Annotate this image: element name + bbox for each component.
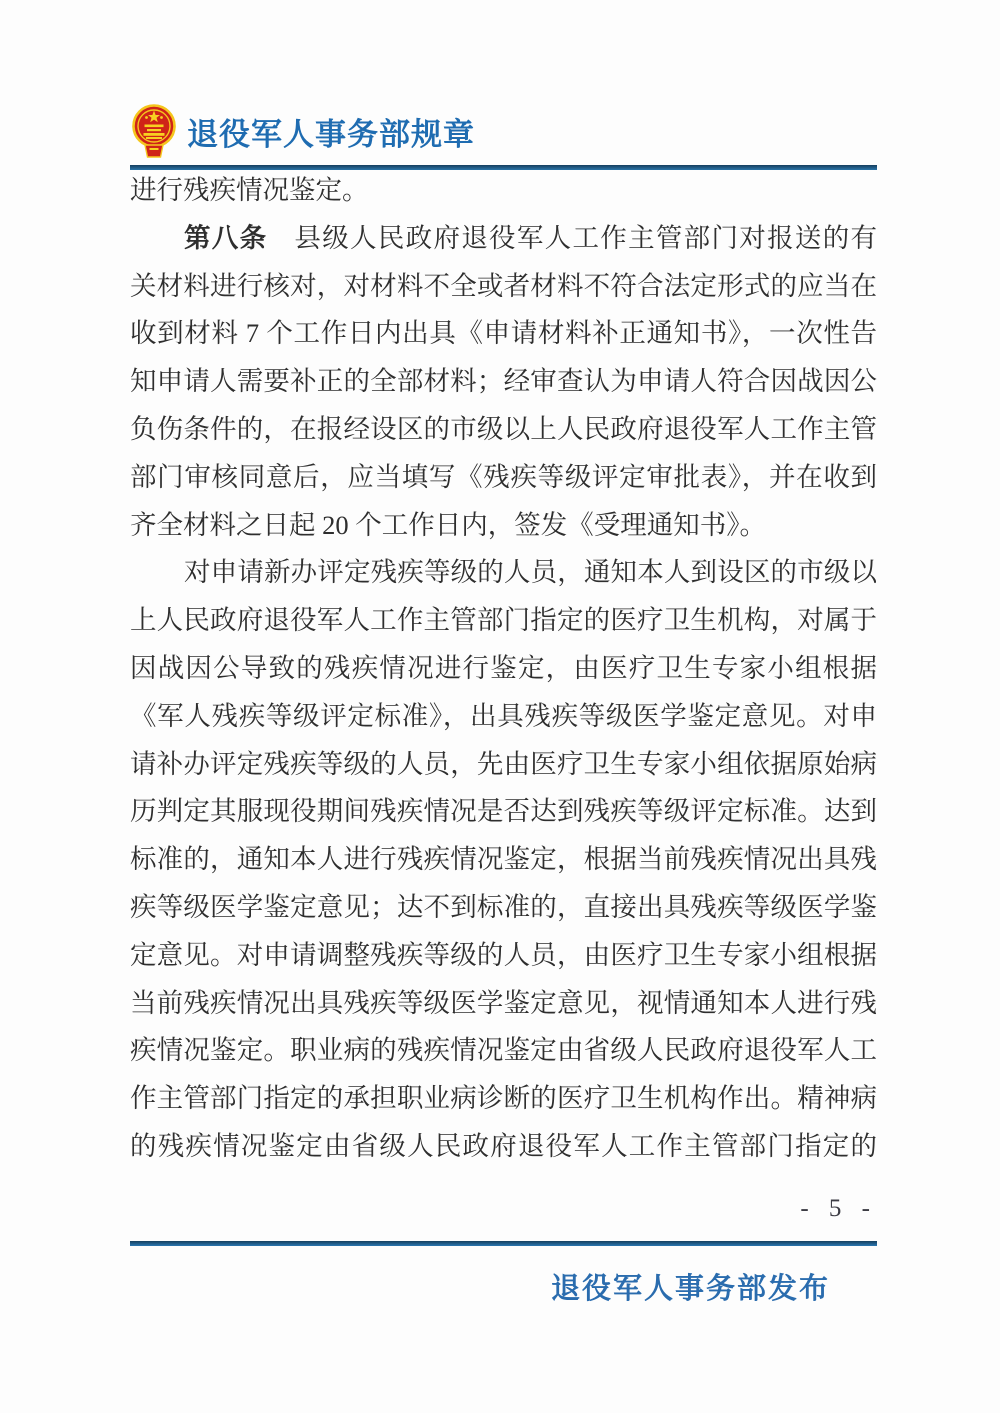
- body-line: 《军人残疾等级评定标准》，出具残疾等级医学鉴定意见。对申: [130, 693, 877, 741]
- publisher-label: 退役军人事务部发布: [551, 1266, 830, 1307]
- page-header: 退役军人事务部规章: [131, 104, 475, 158]
- body-line: 历判定其服现役期间残疾情况是否达到残疾等级评定标准。达到: [130, 788, 877, 836]
- body-line: 第八条县级人民政府退役军人工作主管部门对报送的有: [130, 215, 877, 263]
- body-line: 负伤条件的，在报经设区的市级以上人民政府退役军人工作主管: [130, 406, 877, 454]
- body-line: 进行残疾情况鉴定。: [130, 167, 877, 215]
- footer-divider: [130, 1241, 877, 1246]
- body-line: 疾情况鉴定。职业病的残疾情况鉴定由省级人民政府退役军人工: [130, 1027, 877, 1075]
- body-line-text: 县级人民政府退役军人工作主管部门对报送的有: [294, 223, 877, 253]
- body-line: 标准的，通知本人进行残疾情况鉴定，根据当前残疾情况出具残: [130, 836, 877, 884]
- body-line: 对申请新办评定残疾等级的人员，通知本人到设区的市级以: [130, 549, 877, 597]
- body-line: 的残疾情况鉴定由省级人民政府退役军人工作主管部门指定的: [130, 1123, 877, 1171]
- body-line: 知申请人需要补正的全部材料；经审查认为申请人符合因战因公: [130, 358, 877, 406]
- document-body: 进行残疾情况鉴定。 第八条县级人民政府退役军人工作主管部门对报送的有 关材料进行…: [130, 167, 877, 1171]
- body-line: 上人民政府退役军人工作主管部门指定的医疗卫生机构，对属于: [130, 597, 877, 645]
- body-line: 请补办评定残疾等级的人员，先由医疗卫生专家小组依据原始病: [130, 741, 877, 789]
- body-line: 当前残疾情况出具残疾等级医学鉴定意见，视情通知本人进行残: [130, 980, 877, 1028]
- body-line: 因战因公导致的残疾情况进行鉴定，由医疗卫生专家小组根据: [130, 645, 877, 693]
- page-number: - 5 -: [800, 1195, 877, 1223]
- document-page: 退役军人事务部规章 进行残疾情况鉴定。 第八条县级人民政府退役军人工作主管部门对…: [0, 0, 1000, 1413]
- body-line: 关材料进行核对，对材料不全或者材料不符合法定形式的应当在: [130, 263, 877, 311]
- page-title: 退役军人事务部规章: [187, 109, 475, 154]
- body-line: 收到材料 7 个工作日内出具《申请材料补正通知书》，一次性告: [130, 310, 877, 358]
- article-number: 第八条: [184, 223, 267, 253]
- body-line: 齐全材料之日起 20 个工作日内，签发《受理通知书》。: [130, 502, 877, 550]
- body-line: 定意见。对申请调整残疾等级的人员，由医疗卫生专家小组根据: [130, 932, 877, 980]
- body-line: 作主管部门指定的承担职业病诊断的医疗卫生机构作出。精神病: [130, 1075, 877, 1123]
- body-line: 部门审核同意后，应当填写《残疾等级评定审批表》，并在收到: [130, 454, 877, 502]
- body-line: 疾等级医学鉴定意见；达不到标准的，直接出具残疾等级医学鉴: [130, 884, 877, 932]
- national-emblem-icon: [131, 104, 177, 158]
